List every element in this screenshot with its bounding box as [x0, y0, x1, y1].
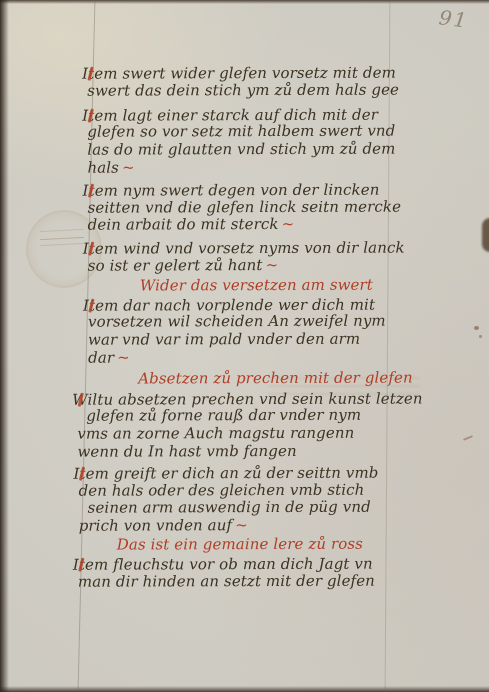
text-line: prich von vnden auf~: [79, 516, 459, 535]
text-line: seinen arm auswendig in de püg vnd: [79, 499, 459, 518]
line-text: man dir hinden an setzt mit der glefen: [78, 571, 375, 590]
line-text: vorsetzen wil scheiden An zweifel nym: [88, 312, 386, 331]
text-line: Item dar nach vorplende wer dich mit: [88, 295, 458, 314]
rubric-heading: Wider das versetzen am swert: [140, 276, 458, 295]
paragraph-flourish: ~: [263, 256, 279, 274]
line-text: hals: [87, 159, 119, 177]
line-text: glefen so vor setz mit halbem swert vnd: [87, 122, 395, 141]
line-text: glefen zů forne rauß dar vnder nym: [86, 406, 361, 425]
text-column: Item swert wider glefen vorsetz mit dem …: [87, 63, 459, 591]
text-line: so ist er gelert zů hant~: [88, 256, 458, 275]
photo-edge-left: [0, 0, 9, 692]
text-line: vms an zorne Auch magstu rangenn: [77, 424, 458, 443]
verse-paragraph: Wiltu absetzen prechen vnd sein kunst le…: [77, 389, 458, 462]
ink-speck: [463, 435, 473, 441]
text-line: vorsetzen wil scheiden An zweifel nym: [88, 313, 458, 332]
line-text: den hals oder des gleichen vmb stich: [79, 480, 365, 499]
paragraph-flourish: ~: [279, 215, 295, 233]
text-line: man dir hinden an setzt mit der glefen: [78, 572, 459, 591]
line-text: wenn du In hast vmb fangen: [77, 442, 296, 461]
line-text: prich von vnden auf: [79, 516, 232, 535]
text-paragraph: Item swert wider glefen vorsetz mit dem …: [87, 63, 457, 100]
text-line: Item nym swert degen von der lincken: [87, 180, 457, 199]
text-line: Item fleuchstu vor ob man dich Jagt vn: [78, 554, 459, 573]
photo-edge-right-notch: [482, 218, 489, 252]
line-text: seitten vnd die glefen linck seitn merck…: [88, 197, 402, 216]
line-text: so ist er gelert zů hant: [88, 256, 263, 275]
line-text: dar: [88, 349, 114, 367]
folio-number: 91: [438, 5, 470, 32]
ink-speck: [474, 326, 479, 330]
text-paragraph: Item wind vnd vorsetz nyms von dir lanck…: [88, 239, 458, 276]
photo-edge-top: [0, 0, 489, 4]
line-text: Item wind vnd vorsetz nyms von dir lanck: [83, 239, 405, 258]
text-line: dein arbait do mit sterck~: [88, 216, 458, 235]
rubric-heading: Absetzen zů prechen mit der glefen: [138, 369, 458, 388]
text-paragraph: Item fleuchstu vor ob man dich Jagt vn m…: [78, 554, 459, 591]
text-line: dar~: [88, 348, 458, 367]
line-text: seinen arm auswendig in de püg vnd: [88, 498, 371, 517]
text-line: Item lagt einer starck auf dich mit der: [87, 105, 457, 124]
text-line: las do mit glautten vnd stich ym zů dem: [87, 141, 457, 160]
text-line: den hals oder des gleichen vmb stich: [79, 481, 459, 500]
line-text: swert das dein stich ym zů dem hals gee: [87, 80, 399, 99]
text-line: glefen zů forne rauß dar vnder nym: [77, 407, 458, 426]
rubric-heading: Das ist ein gemaine lere zů ross: [117, 535, 459, 554]
photo-edge-bottom: [0, 686, 489, 692]
paragraph-flourish: ~: [114, 348, 130, 366]
text-line: seitten vnd die glefen linck seitn merck…: [88, 198, 458, 217]
ink-speck: [479, 335, 482, 338]
line-text: dein arbait do mit sterck: [88, 215, 279, 234]
text-paragraph: Item dar nach vorplende wer dich mit vor…: [88, 295, 458, 367]
line-text: war vnd var im pald vnder den arm: [88, 330, 360, 349]
manuscript-page: 91 Item swert wider glefen vorsetz mit d…: [0, 0, 489, 692]
text-line: Item wind vnd vorsetz nyms von dir lanck: [88, 239, 458, 258]
text-line: Wiltu absetzen prechen vnd sein kunst le…: [77, 389, 458, 408]
paragraph-flourish: ~: [232, 516, 248, 534]
text-line: hals~: [87, 158, 457, 177]
text-paragraph: Item lagt einer starck auf dich mit der …: [87, 105, 457, 177]
paragraph-flourish: ~: [119, 158, 135, 176]
text-line: glefen so vor setz mit halbem swert vnd: [87, 123, 457, 142]
text-line: Item greift er dich an zů der seittn vmb: [78, 463, 458, 482]
text-line: swert das dein stich ym zů dem hals gee: [87, 81, 457, 100]
line-text: las do mit glautten vnd stich ym zů dem: [87, 140, 395, 159]
text-line: wenn du In hast vmb fangen: [77, 442, 458, 461]
text-line: Item swert wider glefen vorsetz mit dem: [87, 63, 457, 82]
text-paragraph: Item nym swert degen von der lincken sei…: [87, 180, 457, 235]
line-text: Wiltu absetzen prechen vnd sein kunst le…: [72, 389, 422, 408]
text-paragraph: Item greift er dich an zů der seittn vmb…: [78, 463, 458, 536]
text-line: war vnd var im pald vnder den arm: [88, 331, 458, 350]
line-text: vms an zorne Auch magstu rangenn: [77, 424, 354, 443]
